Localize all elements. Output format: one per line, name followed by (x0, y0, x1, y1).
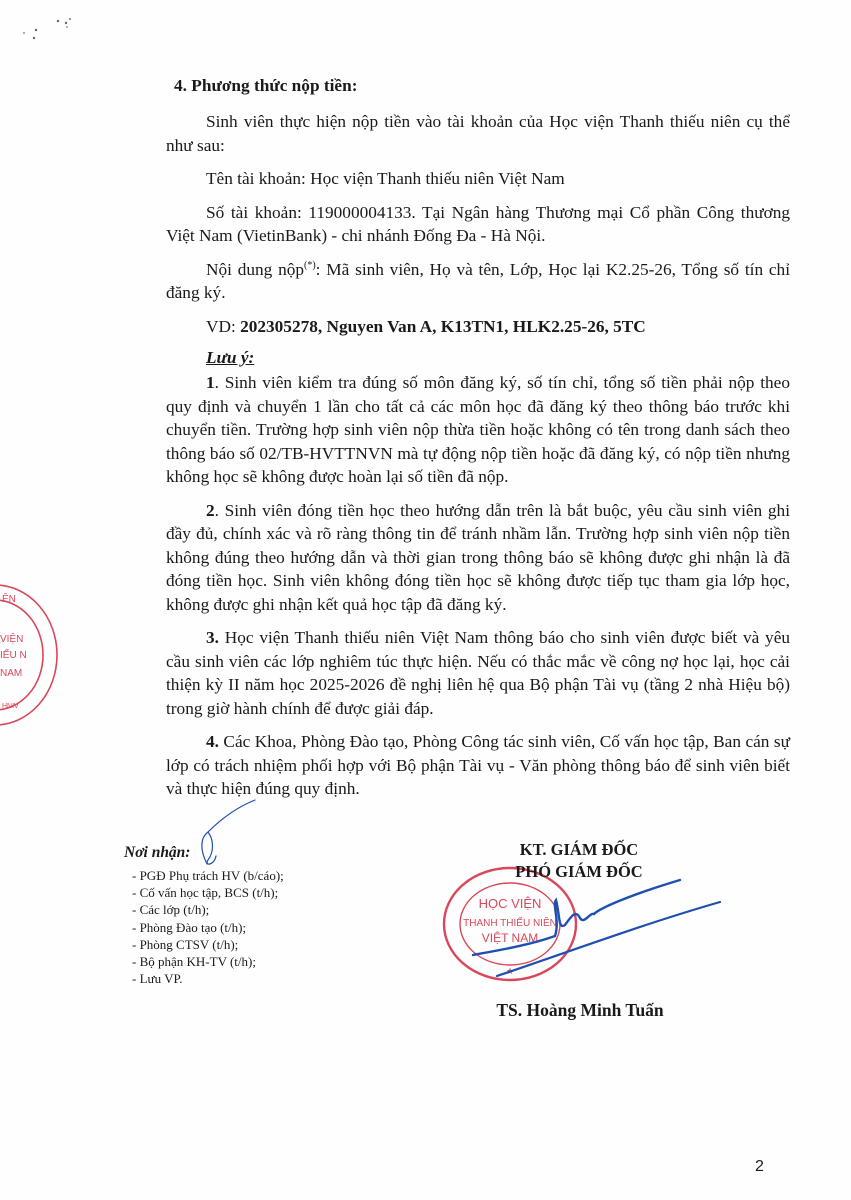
document-page: 4. Phương thức nộp tiền: Sinh viên thực … (0, 0, 851, 1200)
signer-name: TS. Hoàng Minh Tuấn (470, 1000, 690, 1021)
recipient-item: - PGĐ Phụ trách HV (b/cáo); (132, 867, 284, 884)
section-heading: 4. Phương thức nộp tiền: (174, 76, 357, 96)
signature-title-2: PHÓ GIÁM ĐỐC (484, 862, 674, 882)
intro-paragraph: Sinh viên thực hiện nộp tiền vào tài kho… (166, 110, 790, 157)
note-label: Lưu ý: (206, 348, 254, 367)
payment-example: VD: 202305278, Nguyen Van A, K13TN1, HLK… (166, 315, 790, 339)
recipient-item: - Cố vấn học tập, BCS (t/h); (132, 884, 284, 901)
svg-text:★: ★ (506, 966, 514, 976)
page-number: 2 (755, 1158, 764, 1176)
footnote-marker: (*) (304, 260, 316, 271)
signature-title-1: KT. GIÁM ĐỐC (484, 840, 674, 860)
account-name: Tên tài khoản: Học viện Thanh thiếu niên… (166, 167, 790, 191)
account-number: Số tài khoản: 119000004133. Tại Ngân hàn… (166, 201, 790, 248)
svg-text:THANH THIẾU NIÊN: THANH THIẾU NIÊN (463, 916, 557, 929)
example-label: VD: (206, 317, 240, 336)
payment-info: Sinh viên thực hiện nộp tiền vào tài kho… (166, 110, 790, 370)
note-heading: Lưu ý: (166, 346, 790, 370)
svg-text:HỌC VIỆN: HỌC VIỆN (479, 896, 542, 911)
recipients-title: Nơi nhận: (124, 844, 190, 862)
recipient-item: - Bộ phận KH-TV (t/h); (132, 953, 284, 970)
recipient-item: - Các lớp (t/h); (132, 901, 284, 918)
svg-text:HNIV: HNIV (2, 703, 19, 710)
payment-content: Nội dung nộp(*): Mã sinh viên, Họ và tên… (166, 258, 790, 305)
payment-content-label: Nội dung nộp (206, 260, 304, 279)
svg-text:ÊN: ÊN (2, 592, 16, 605)
recipient-item: - Phòng CTSV (t/h); (132, 936, 284, 953)
note-item: 1. Sinh viên kiểm tra đúng số môn đăng k… (166, 371, 790, 489)
example-value: 202305278, Nguyen Van A, K13TN1, HLK2.25… (240, 317, 646, 336)
svg-text:VIỆN: VIỆN (0, 632, 23, 645)
svg-text:NAM: NAM (0, 668, 22, 679)
svg-text:VIỆT NAM: VIỆT NAM (482, 930, 538, 945)
recipient-item: - Lưu VP. (132, 970, 284, 987)
recipients-list: - PGĐ Phụ trách HV (b/cáo); - Cố vấn học… (132, 867, 284, 987)
note-item: 2. Sinh viên đóng tiền học theo hướng dẫ… (166, 499, 790, 617)
svg-text:IẾU N: IẾU N (0, 648, 27, 661)
recipient-item: - Phòng Đào tạo (t/h); (132, 919, 284, 936)
notes-list: 1. Sinh viên kiểm tra đúng số môn đăng k… (166, 371, 790, 801)
seal-fragment-icon: ÊN VIỆN IẾU N NAM HNIV (0, 570, 60, 740)
note-item: 4. Các Khoa, Phòng Đào tạo, Phòng Công t… (166, 730, 790, 801)
note-item: 3. Học viện Thanh thiếu niên Việt Nam th… (166, 626, 790, 720)
scan-artifact-dots (0, 0, 120, 50)
